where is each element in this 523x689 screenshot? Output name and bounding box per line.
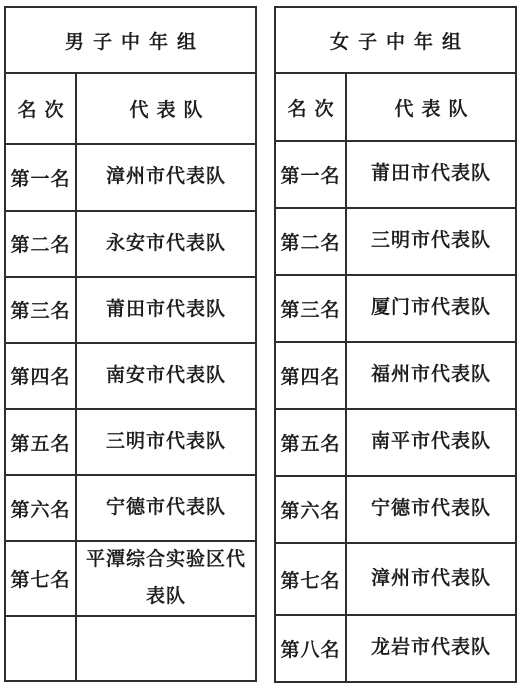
team-cell: 漳州市代表队 bbox=[76, 144, 256, 210]
team-cell: 三明市代表队 bbox=[346, 208, 516, 275]
column-header-team: 代表队 bbox=[76, 73, 256, 144]
team-cell: 平潭综合实验区代表队 bbox=[76, 541, 256, 615]
table-row: 第七名 漳州市代表队 bbox=[275, 543, 516, 615]
table-title-women: 女子中年组 bbox=[275, 7, 516, 73]
rank-cell: 第六名 bbox=[275, 476, 346, 543]
table-row: 第三名 厦门市代表队 bbox=[275, 275, 516, 342]
team-cell: 厦门市代表队 bbox=[346, 275, 516, 342]
rank-cell: 第二名 bbox=[5, 211, 76, 277]
table-row: 第四名 南安市代表队 bbox=[5, 343, 256, 409]
table-title-men: 男子中年组 bbox=[5, 7, 256, 73]
table-row: 第四名 福州市代表队 bbox=[275, 342, 516, 409]
table-row-empty bbox=[5, 616, 256, 681]
team-cell: 永安市代表队 bbox=[76, 211, 256, 277]
team-cell: 龙岩市代表队 bbox=[346, 615, 516, 682]
table-row: 第二名 三明市代表队 bbox=[275, 208, 516, 275]
column-header-rank: 名次 bbox=[5, 73, 76, 144]
team-cell: 宁德市代表队 bbox=[346, 476, 516, 543]
team-cell: 莆田市代表队 bbox=[346, 141, 516, 208]
rank-cell: 第二名 bbox=[275, 208, 346, 275]
table-row: 第五名 南平市代表队 bbox=[275, 409, 516, 476]
table-row: 男子中年组 bbox=[5, 7, 256, 73]
rank-cell: 第八名 bbox=[275, 615, 346, 682]
page: { "colors": { "background": "#ffffff", "… bbox=[0, 0, 523, 689]
table-header-row: 名次 代表队 bbox=[5, 73, 256, 144]
team-cell: 莆田市代表队 bbox=[76, 277, 256, 343]
team-cell: 南安市代表队 bbox=[76, 343, 256, 409]
table-row: 第二名 永安市代表队 bbox=[5, 211, 256, 277]
men-middle-age-group-table: 男子中年组 名次 代表队 第一名 漳州市代表队 第二名 永安市代表队 第三名 莆… bbox=[4, 6, 257, 682]
table-row: 第八名 龙岩市代表队 bbox=[275, 615, 516, 682]
table-row: 第一名 漳州市代表队 bbox=[5, 144, 256, 210]
rank-cell: 第一名 bbox=[5, 144, 76, 210]
team-cell: 三明市代表队 bbox=[76, 409, 256, 475]
team-cell: 宁德市代表队 bbox=[76, 475, 256, 541]
team-cell: 福州市代表队 bbox=[346, 342, 516, 409]
table-row: 第七名 平潭综合实验区代表队 bbox=[5, 541, 256, 615]
table-row: 女子中年组 bbox=[275, 7, 516, 73]
column-header-team: 代表队 bbox=[346, 73, 516, 141]
rank-cell: 第三名 bbox=[5, 277, 76, 343]
rank-cell: 第四名 bbox=[5, 343, 76, 409]
table-row: 第五名 三明市代表队 bbox=[5, 409, 256, 475]
rank-cell bbox=[5, 616, 76, 681]
table-row: 第六名 宁德市代表队 bbox=[5, 475, 256, 541]
column-header-rank: 名次 bbox=[275, 73, 346, 141]
team-cell bbox=[76, 616, 256, 681]
rank-cell: 第七名 bbox=[5, 541, 76, 615]
rank-cell: 第四名 bbox=[275, 342, 346, 409]
team-cell: 漳州市代表队 bbox=[346, 543, 516, 615]
women-middle-age-group-table: 女子中年组 名次 代表队 第一名 莆田市代表队 第二名 三明市代表队 第三名 厦… bbox=[274, 6, 517, 683]
rank-cell: 第五名 bbox=[5, 409, 76, 475]
rank-cell: 第六名 bbox=[5, 475, 76, 541]
rank-cell: 第三名 bbox=[275, 275, 346, 342]
table-row: 第六名 宁德市代表队 bbox=[275, 476, 516, 543]
team-cell: 南平市代表队 bbox=[346, 409, 516, 476]
rank-cell: 第五名 bbox=[275, 409, 346, 476]
table-header-row: 名次 代表队 bbox=[275, 73, 516, 141]
table-row: 第一名 莆田市代表队 bbox=[275, 141, 516, 208]
table-row: 第三名 莆田市代表队 bbox=[5, 277, 256, 343]
rank-cell: 第一名 bbox=[275, 141, 346, 208]
rank-cell: 第七名 bbox=[275, 543, 346, 615]
